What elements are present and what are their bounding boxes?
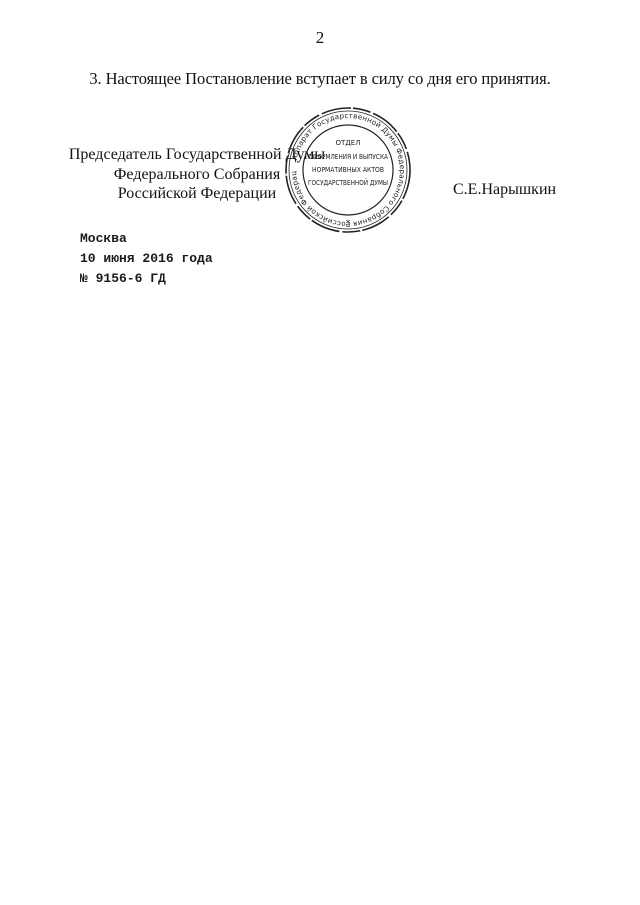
clause-text: 3. Настоящее Постановление вступает в си… xyxy=(0,69,640,89)
stamp-star: * xyxy=(346,219,351,229)
date: 10 июня 2016 года xyxy=(80,249,213,269)
city: Москва xyxy=(80,229,213,249)
place-date-block: Москва 10 июня 2016 года № 9156-6 ГД xyxy=(80,229,213,289)
signer-name: С.Е.Нарышкин xyxy=(453,181,556,199)
stamp-line: ОТДЕЛ xyxy=(336,139,361,147)
page-number: 2 xyxy=(0,28,640,48)
official-stamp-icon: Аппарат Государственной Думы Федеральног… xyxy=(282,105,414,235)
stamp-line: ОФОРМЛЕНИЯ И ВЫПУСКА xyxy=(308,153,388,161)
document-number: № 9156-6 ГД xyxy=(80,269,213,289)
stamp-line: НОРМАТИВНЫХ АКТОВ xyxy=(312,166,384,174)
stamp-line: ГОСУДАРСТВЕННОЙ ДУМЫ xyxy=(308,178,388,187)
